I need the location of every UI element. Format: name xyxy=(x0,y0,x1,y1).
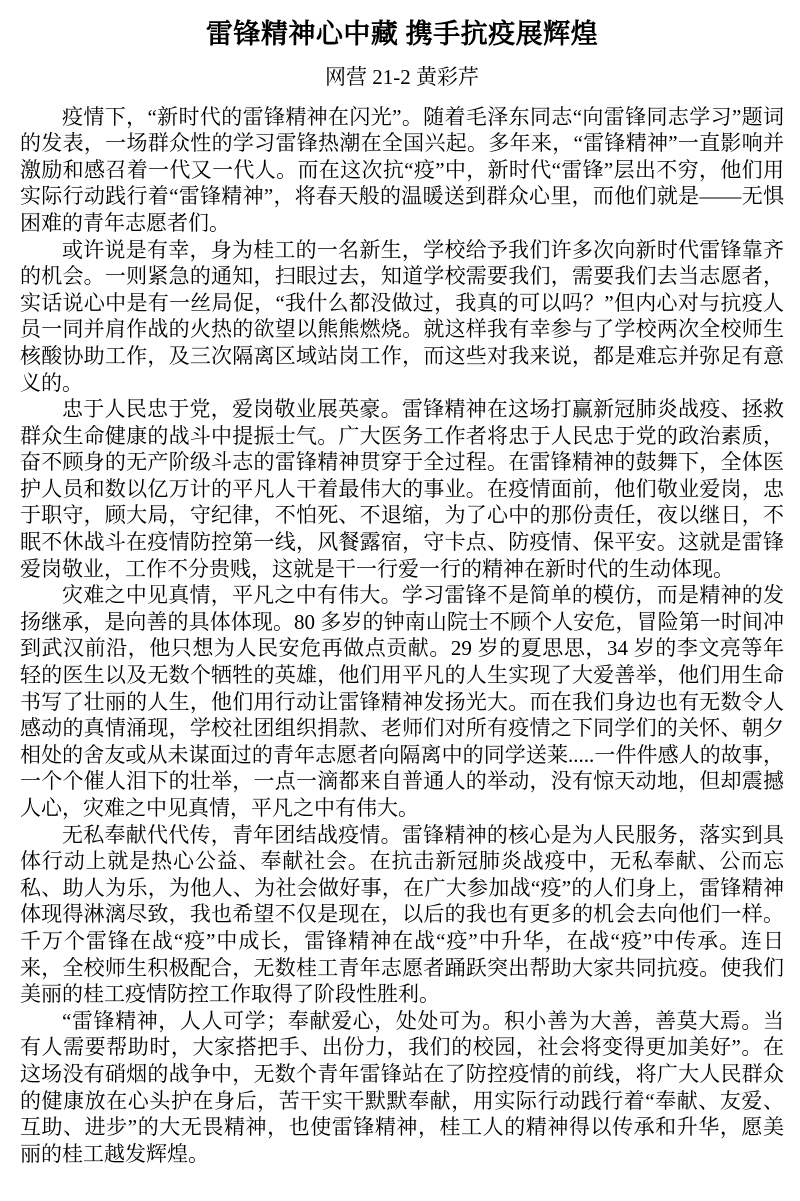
document-title: 雷锋精神心中藏 携手抗疫展辉煌 xyxy=(20,18,784,50)
paragraph-2: 或许说是有幸，身为桂工的一名新生，学校给予我们许多次向新时代雷锋靠齐的机会。一则… xyxy=(20,237,784,397)
author-byline: 网营 21-2 黄彩芹 xyxy=(20,65,784,90)
document-body: 疫情下，“新时代的雷锋精神在闪光”。随着毛泽东同志“向雷锋同志学习”题词的发表，… xyxy=(20,104,784,1168)
paragraph-6: “雷锋精神，人人可学；奉献爱心，处处可为。积小善为大善，善莫大焉。当有人需要帮助… xyxy=(20,1008,784,1168)
paragraph-4: 灾难之中见真情，平凡之中有伟大。学习雷锋不是简单的模仿，而是精神的发扬继承，是向… xyxy=(20,582,784,821)
document-page: 雷锋精神心中藏 携手抗疫展辉煌 网营 21-2 黄彩芹 疫情下，“新时代的雷锋精… xyxy=(0,0,800,1201)
paragraph-3: 忠于人民忠于党，爱岗敬业展英豪。雷锋精神在这场打赢新冠肺炎战疫、拯救群众生命健康… xyxy=(20,396,784,582)
paragraph-1: 疫情下，“新时代的雷锋精神在闪光”。随着毛泽东同志“向雷锋同志学习”题词的发表，… xyxy=(20,104,784,237)
paragraph-5: 无私奉献代代传，青年团结战疫情。雷锋精神的核心是为人民服务，落实到具体行动上就是… xyxy=(20,822,784,1008)
